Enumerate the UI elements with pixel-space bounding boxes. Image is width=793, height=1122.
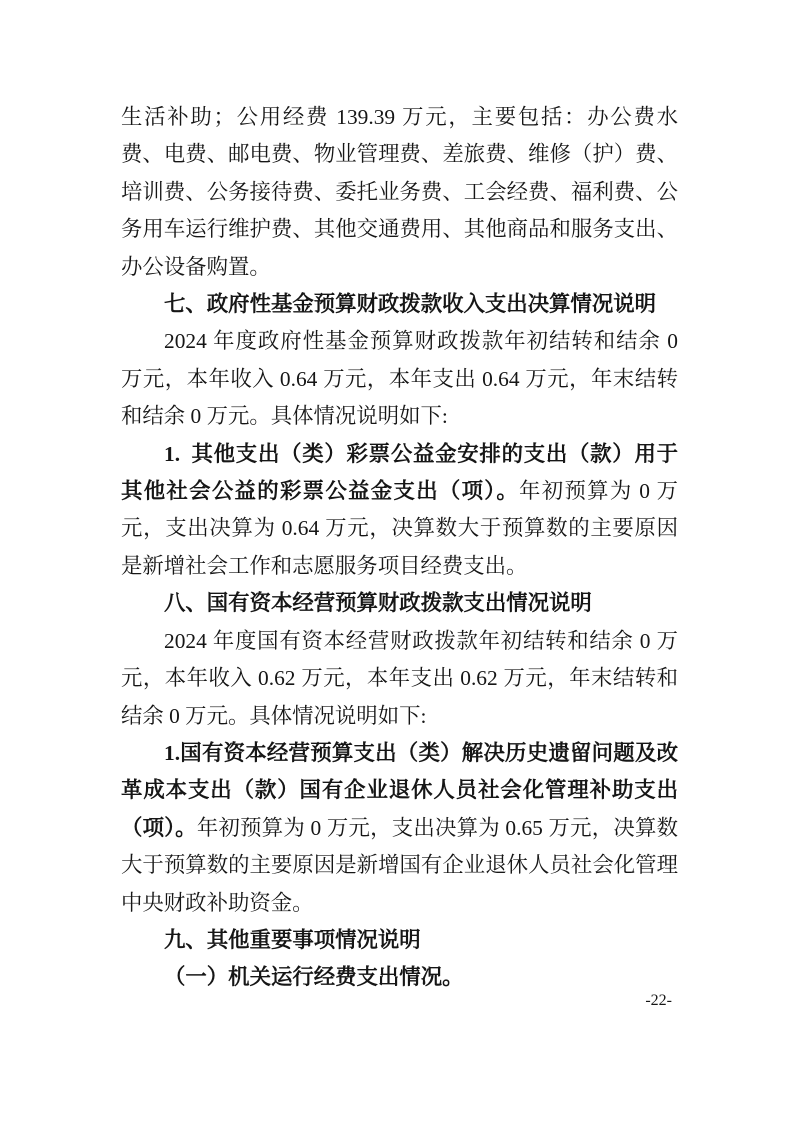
document-page: 生活补助；公用经费 139.39 万元，主要包括：办公费水费、电费、邮电费、物业… xyxy=(0,0,793,1122)
paragraph-section7-summary: 2024 年度政府性基金预算财政拨款年初结转和结余 0 万元，本年收入 0.64… xyxy=(121,323,678,435)
document-content: 生活补助；公用经费 139.39 万元，主要包括：办公费水费、电费、邮电费、物业… xyxy=(121,99,678,997)
page-number: -22- xyxy=(645,991,672,1011)
paragraph-section8-summary: 2024 年度国有资本经营财政拨款年初结转和结余 0 万元，本年收入 0.62 … xyxy=(121,623,678,735)
heading-section-8: 八、国有资本经营预算财政拨款支出情况说明 xyxy=(121,585,678,622)
paragraph-section8-item1: 1.国有资本经营预算支出（类）解决历史遗留问题及改革成本支出（款）国有企业退休人… xyxy=(121,735,678,922)
paragraph-public-expense-continuation: 生活补助；公用经费 139.39 万元，主要包括：办公费水费、电费、邮电费、物业… xyxy=(121,99,678,286)
heading-section-9-sub1: （一）机关运行经费支出情况。 xyxy=(121,959,678,996)
section8-item1-detail: 年初预算为 0 万元，支出决算为 0.65 万元，决算数大于预算数的主要原因是新… xyxy=(121,816,678,915)
heading-section-7: 七、政府性基金预算财政拨款收入支出决算情况说明 xyxy=(121,286,678,323)
heading-section-9: 九、其他重要事项情况说明 xyxy=(121,922,678,959)
paragraph-section7-item1: 1. 其他支出（类）彩票公益金安排的支出（款）用于其他社会公益的彩票公益金支出（… xyxy=(121,436,678,586)
